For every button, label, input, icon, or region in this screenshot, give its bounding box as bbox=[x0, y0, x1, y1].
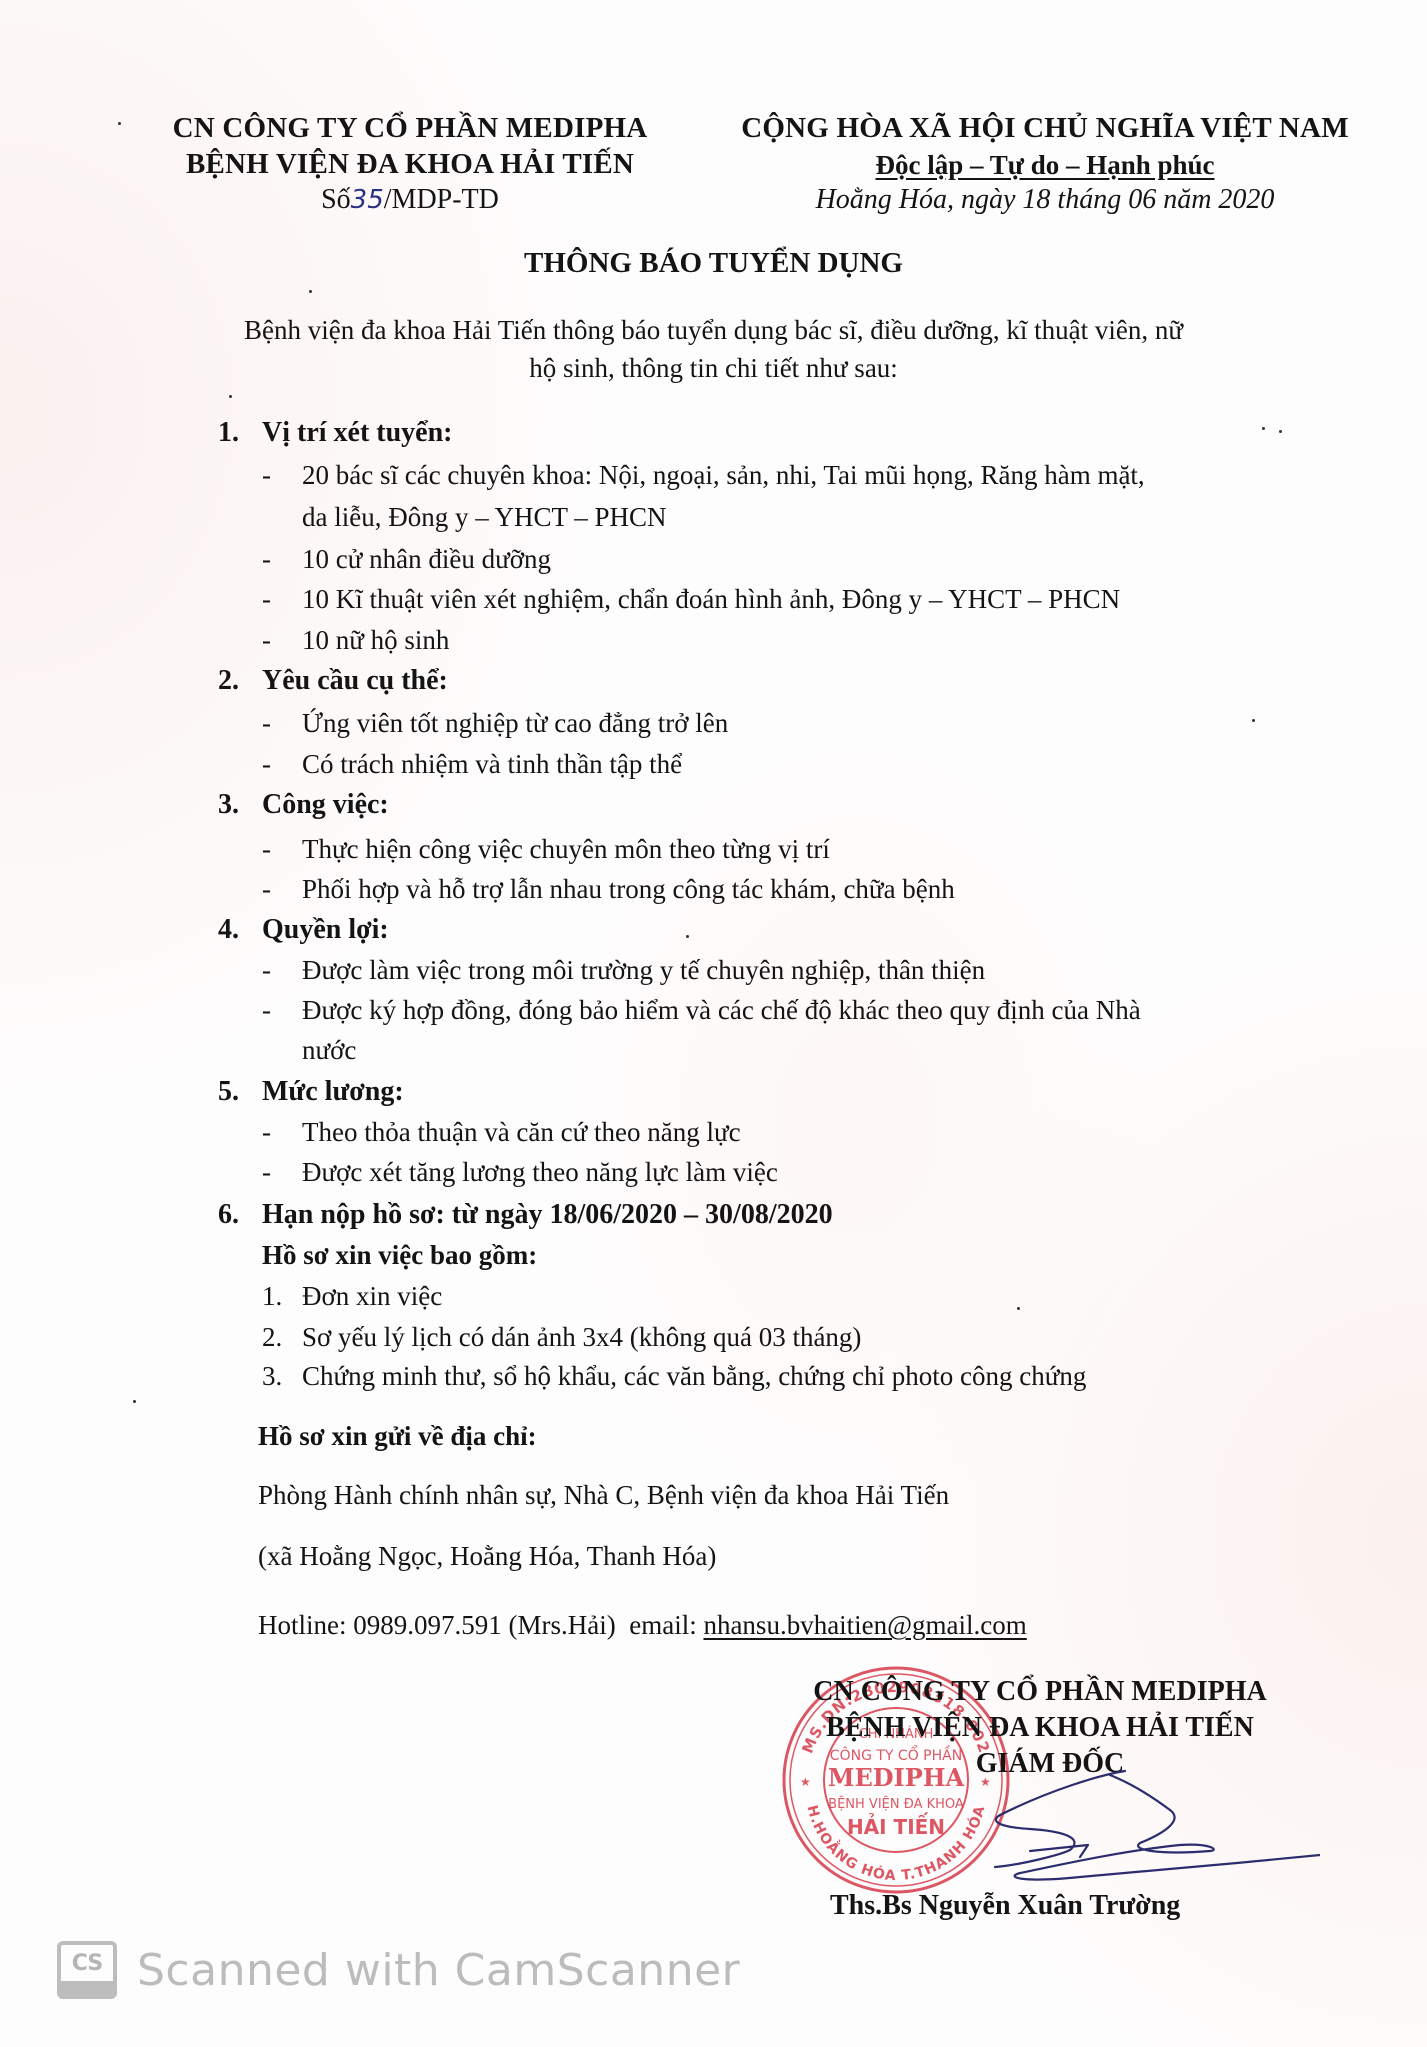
bullet-text: Có trách nhiệm và tinh thần tập thể bbox=[302, 749, 682, 780]
bullet-dash: - bbox=[262, 955, 271, 986]
scan-speck bbox=[686, 935, 689, 938]
section-title: Mức lương: bbox=[262, 1076, 404, 1107]
signer-hospital: BỆNH VIỆN ĐA KHOA HẢI TIẾN bbox=[760, 1712, 1320, 1744]
logo-bar bbox=[61, 1981, 113, 1995]
camscanner-watermark: CS Scanned with CamScanner bbox=[57, 1945, 740, 1995]
bullet-text: da liễu, Đông y – YHCT – PHCN bbox=[302, 502, 667, 533]
section-heading: 6.Hạn nộp hồ sơ: từ ngày 18/06/2020 – 30… bbox=[218, 1199, 833, 1231]
svg-text:HẢI TIẾN: HẢI TIẾN bbox=[847, 1813, 945, 1839]
bullet-text: Thực hiện công việc chuyên môn theo từng… bbox=[302, 834, 830, 865]
hospital-name: BỆNH VIỆN ĐA KHOA HẢI TIẾN bbox=[130, 148, 690, 181]
bullet-dash: - bbox=[262, 584, 271, 615]
doc-no-suffix: /MDP-TD bbox=[384, 184, 499, 215]
section-title: Yêu cầu cụ thể: bbox=[262, 665, 448, 696]
email-link[interactable]: nhansu.bvhaitien@gmail.com bbox=[703, 1610, 1026, 1640]
camscanner-logo-icon: CS bbox=[57, 1941, 117, 1999]
bullet-text: 10 Kĩ thuật viên xét nghiệm, chẩn đoán h… bbox=[302, 584, 1120, 615]
documents-heading: Hồ sơ xin việc bao gồm: bbox=[262, 1240, 537, 1271]
document-item: 2.Sơ yếu lý lịch có dán ảnh 3x4 (không q… bbox=[262, 1322, 861, 1353]
logo-text: CS bbox=[72, 1951, 102, 1976]
email-label: email: bbox=[629, 1610, 696, 1640]
hotline: Hotline: 0989.097.591 (Mrs.Hải) bbox=[258, 1610, 616, 1640]
section-heading: 2.Yêu cầu cụ thể: bbox=[218, 665, 448, 697]
section-number: 3. bbox=[218, 789, 262, 821]
svg-text:★: ★ bbox=[800, 1775, 811, 1789]
section-heading: 3.Công việc: bbox=[218, 789, 389, 821]
scan-speck bbox=[229, 395, 232, 398]
bullet-dash: - bbox=[262, 874, 271, 905]
bullet-dash: - bbox=[262, 834, 271, 865]
handwritten-signature bbox=[990, 1755, 1320, 1885]
bullet-dash: - bbox=[262, 708, 271, 739]
bullet-text: 10 cử nhân điều dưỡng bbox=[302, 544, 551, 575]
item-text: Chứng minh thư, sổ hộ khẩu, các văn bằng… bbox=[302, 1361, 1086, 1391]
item-text: Đơn xin việc bbox=[302, 1281, 442, 1311]
address-heading: Hồ sơ xin gửi về địa chỉ: bbox=[258, 1421, 537, 1452]
bullet-dash: - bbox=[262, 544, 271, 575]
doc-no-handwritten: 35 bbox=[351, 185, 384, 215]
bullet-text: 10 nữ hộ sinh bbox=[302, 625, 449, 656]
scan-speck bbox=[1262, 427, 1265, 430]
scan-speck bbox=[309, 290, 312, 293]
bullet-text: Theo thỏa thuận và căn cứ theo năng lực bbox=[302, 1117, 741, 1148]
bullet-text: Được ký hợp đồng, đóng bảo hiểm và các c… bbox=[302, 995, 1141, 1026]
section-heading: 5.Mức lương: bbox=[218, 1076, 404, 1108]
document-number: Số35/MDP-TD bbox=[130, 184, 690, 216]
item-text: Sơ yếu lý lịch có dán ảnh 3x4 (không quá… bbox=[302, 1322, 861, 1352]
bullet-dash: - bbox=[262, 995, 271, 1026]
section-title: Hạn nộp hồ sơ: từ ngày 18/06/2020 – 30/0… bbox=[262, 1199, 833, 1230]
contact-line: Hotline: 0989.097.591 (Mrs.Hải) email: n… bbox=[258, 1610, 1027, 1641]
document-date: Hoằng Hóa, ngày 18 tháng 06 năm 2020 bbox=[700, 184, 1390, 216]
bullet-text: Phối hợp và hỗ trợ lẫn nhau trong công t… bbox=[302, 874, 955, 905]
bullet-dash: - bbox=[262, 625, 271, 656]
bullet-text: Được xét tăng lương theo năng lực làm vi… bbox=[302, 1157, 778, 1188]
company-name: CN CÔNG TY CỔ PHẦN MEDIPHA bbox=[130, 112, 690, 145]
bullet-text: Được làm việc trong môi trường y tế chuy… bbox=[302, 955, 985, 986]
bullet-text: Ứng viên tốt nghiệp từ cao đẳng trở lên bbox=[302, 708, 728, 739]
bullet-dash: - bbox=[262, 1157, 271, 1188]
scan-speck bbox=[1252, 719, 1255, 722]
svg-text:BỆNH VIỆN ĐA KHOA: BỆNH VIỆN ĐA KHOA bbox=[828, 1796, 964, 1812]
section-title: Vị trí xét tuyển: bbox=[262, 417, 453, 448]
section-number: 6. bbox=[218, 1199, 262, 1231]
bullet-dash: - bbox=[262, 1117, 271, 1148]
signer-company: CN CÔNG TY CỔ PHẦN MEDIPHA bbox=[760, 1676, 1320, 1708]
bullet-text: 20 bác sĩ các chuyên khoa: Nội, ngoại, s… bbox=[302, 460, 1145, 491]
scan-speck bbox=[133, 1400, 136, 1403]
scan-speck bbox=[1279, 430, 1282, 433]
section-heading: 1.Vị trí xét tuyển: bbox=[218, 417, 453, 449]
section-number: 1. bbox=[218, 417, 262, 449]
section-title: Quyền lợi: bbox=[262, 914, 389, 945]
address-line-1: Phòng Hành chính nhân sự, Nhà C, Bệnh vi… bbox=[258, 1480, 949, 1511]
address-line-2: (xã Hoằng Ngọc, Hoằng Hóa, Thanh Hóa) bbox=[258, 1541, 716, 1572]
item-number: 3. bbox=[262, 1361, 302, 1392]
scan-speck bbox=[1017, 1307, 1020, 1310]
national-motto: Độc lập – Tự do – Hạnh phúc bbox=[700, 150, 1390, 181]
country-name: CỘNG HÒA XÃ HỘI CHỦ NGHĨA VIỆT NAM bbox=[700, 112, 1390, 145]
document-title: THÔNG BÁO TUYỂN DỤNG bbox=[0, 247, 1427, 280]
scan-speck bbox=[118, 122, 121, 125]
bullet-dash: - bbox=[262, 749, 271, 780]
item-number: 1. bbox=[262, 1281, 302, 1312]
section-number: 5. bbox=[218, 1076, 262, 1108]
section-heading: 4.Quyền lợi: bbox=[218, 914, 389, 946]
document-item: 3.Chứng minh thư, sổ hộ khẩu, các văn bằ… bbox=[262, 1361, 1086, 1392]
intro-line-1: Bệnh viện đa khoa Hải Tiến thông báo tuy… bbox=[0, 315, 1427, 346]
section-number: 2. bbox=[218, 665, 262, 697]
bullet-text: nước bbox=[302, 1035, 356, 1066]
item-number: 2. bbox=[262, 1322, 302, 1353]
signer-name: Ths.Bs Nguyễn Xuân Trường bbox=[830, 1890, 1180, 1922]
document-item: 1.Đơn xin việc bbox=[262, 1281, 442, 1312]
bullet-dash: - bbox=[262, 460, 271, 491]
watermark-text: Scanned with CamScanner bbox=[137, 1945, 740, 1996]
section-title: Công việc: bbox=[262, 789, 389, 820]
doc-no-prefix: Số bbox=[321, 184, 351, 215]
section-number: 4. bbox=[218, 914, 262, 946]
intro-line-2: hộ sinh, thông tin chi tiết như sau: bbox=[0, 353, 1427, 384]
